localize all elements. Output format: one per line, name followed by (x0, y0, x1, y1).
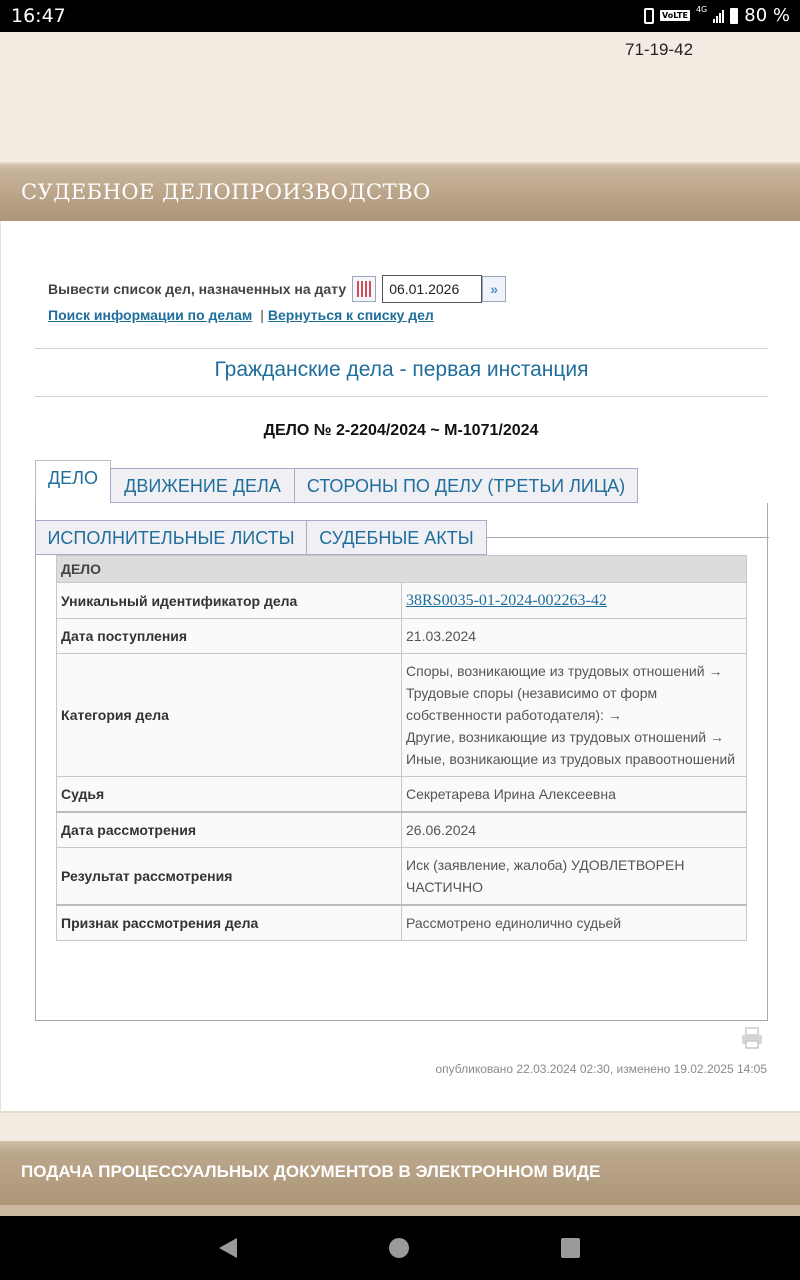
volte-icon: VoLTE (660, 10, 690, 21)
table-row: Результат рассмотрения Иск (заявление, ж… (57, 848, 747, 906)
site-header: 71-19-42 (0, 32, 800, 162)
nav-links: Поиск информации по делам|Вернуться к сп… (48, 307, 434, 323)
row-value: Секретарева Ирина Алексеевна (402, 777, 747, 813)
vibrate-icon (644, 8, 654, 24)
table-row: Категория дела Споры, возникающие из тру… (57, 654, 747, 777)
battery-icon (730, 8, 738, 24)
row-label: Дата рассмотрения (57, 812, 402, 848)
published-info: опубликовано 22.03.2024 02:30, изменено … (435, 1062, 767, 1076)
double-arrow-right-icon[interactable]: » (482, 276, 506, 302)
section-title: СУДЕБНОЕ ДЕЛОПРОИЗВОДСТВО (21, 180, 431, 204)
row-value: Рассмотрено единолично судьей (402, 905, 747, 941)
battery-level: 80 % (744, 5, 790, 26)
table-row: Дата поступления 21.03.2024 (57, 619, 747, 654)
date-filter-label: Вывести список дел, назначенных на дату (48, 281, 346, 297)
table-row: Признак рассмотрения дела Рассмотрено ед… (57, 905, 747, 941)
calendar-icon[interactable] (352, 276, 376, 302)
case-uid-link[interactable]: 38RS0035-01-2024-002263-42 (406, 592, 607, 609)
row-label: Результат рассмотрения (57, 848, 402, 906)
navigation-bar (0, 1216, 800, 1280)
category-line: Иные, возникающие из трудовых правоотнош… (406, 748, 742, 770)
row-label: Дата поступления (57, 619, 402, 654)
home-icon[interactable] (389, 1238, 409, 1258)
category-line: Трудовые споры (независимо от форм собст… (406, 682, 742, 726)
case-number: ДЕЛО № 2-2204/2024 ~ М-1071/2024 (1, 422, 800, 440)
back-icon[interactable] (219, 1238, 237, 1258)
page-subtitle: Гражданские дела - первая инстанция (35, 358, 768, 382)
search-cases-link[interactable]: Поиск информации по делам (48, 307, 252, 323)
tab-writs-of-execution[interactable]: ИСПОЛНИТЕЛЬНЫЕ ЛИСТЫ (35, 520, 307, 555)
row-label: Уникальный идентификатор дела (57, 583, 402, 619)
category-line: Споры, возникающие из трудовых отношений… (406, 660, 742, 682)
main-content: Вывести список дел, назначенных на дату … (0, 221, 800, 1113)
link-separator: | (260, 307, 264, 323)
status-bar: 16:47 VoLTE 4G 80 % (0, 0, 800, 32)
row-label: Признак рассмотрения дела (57, 905, 402, 941)
row-label: Категория дела (57, 654, 402, 777)
section-strip (0, 1205, 800, 1216)
case-details-table: ДЕЛО Уникальный идентификатор дела 38RS0… (56, 555, 747, 941)
e-filing-section-header[interactable]: ПОДАЧА ПРОЦЕССУАЛЬНЫХ ДОКУМЕНТОВ В ЭЛЕКТ… (0, 1141, 800, 1205)
status-time: 16:47 (11, 5, 66, 27)
tab-case[interactable]: ДЕЛО (35, 460, 111, 503)
tab-parties[interactable]: СТОРОНЫ ПО ДЕЛУ (ТРЕТЬИ ЛИЦА) (294, 468, 638, 503)
date-input[interactable] (382, 275, 482, 303)
phone-number: 71-19-42 (625, 40, 693, 60)
printer-icon[interactable] (741, 1027, 763, 1049)
signal-icon (713, 9, 724, 23)
e-filing-title: ПОДАЧА ПРОЦЕССУАЛЬНЫХ ДОКУМЕНТОВ В ЭЛЕКТ… (21, 1162, 600, 1182)
divider (35, 348, 768, 349)
status-icons: VoLTE 4G 80 % (644, 5, 790, 26)
section-header: СУДЕБНОЕ ДЕЛОПРОИЗВОДСТВО (0, 162, 800, 221)
table-header: ДЕЛО (57, 556, 747, 583)
category-value: Споры, возникающие из трудовых отношений… (402, 654, 747, 777)
row-value: 21.03.2024 (402, 619, 747, 654)
recent-apps-icon[interactable] (561, 1238, 580, 1258)
category-line: Другие, возникающие из трудовых отношени… (406, 726, 742, 748)
table-row: Уникальный идентификатор дела 38RS0035-0… (57, 583, 747, 619)
row-label: Судья (57, 777, 402, 813)
tab-case-movement[interactable]: ДВИЖЕНИЕ ДЕЛА (110, 468, 295, 503)
table-row: Судья Секретарева Ирина Алексеевна (57, 777, 747, 813)
case-tabs-panel: ДЕЛО ДВИЖЕНИЕ ДЕЛА СТОРОНЫ ПО ДЕЛУ (ТРЕТ… (35, 503, 768, 1021)
row-value: Иск (заявление, жалоба) УДОВЛЕТВОРЕН ЧАС… (402, 848, 747, 906)
divider (35, 396, 768, 397)
network-type-icon: 4G (696, 5, 707, 14)
row-value: 26.06.2024 (402, 812, 747, 848)
table-row: Дата рассмотрения 26.06.2024 (57, 812, 747, 848)
tab-court-acts[interactable]: СУДЕБНЫЕ АКТЫ (306, 520, 487, 555)
back-to-list-link[interactable]: Вернуться к списку дел (268, 307, 434, 323)
date-filter: Вывести список дел, назначенных на дату … (48, 275, 506, 303)
table-header-row: ДЕЛО (57, 556, 747, 583)
row-value: 38RS0035-01-2024-002263-42 (402, 583, 747, 619)
